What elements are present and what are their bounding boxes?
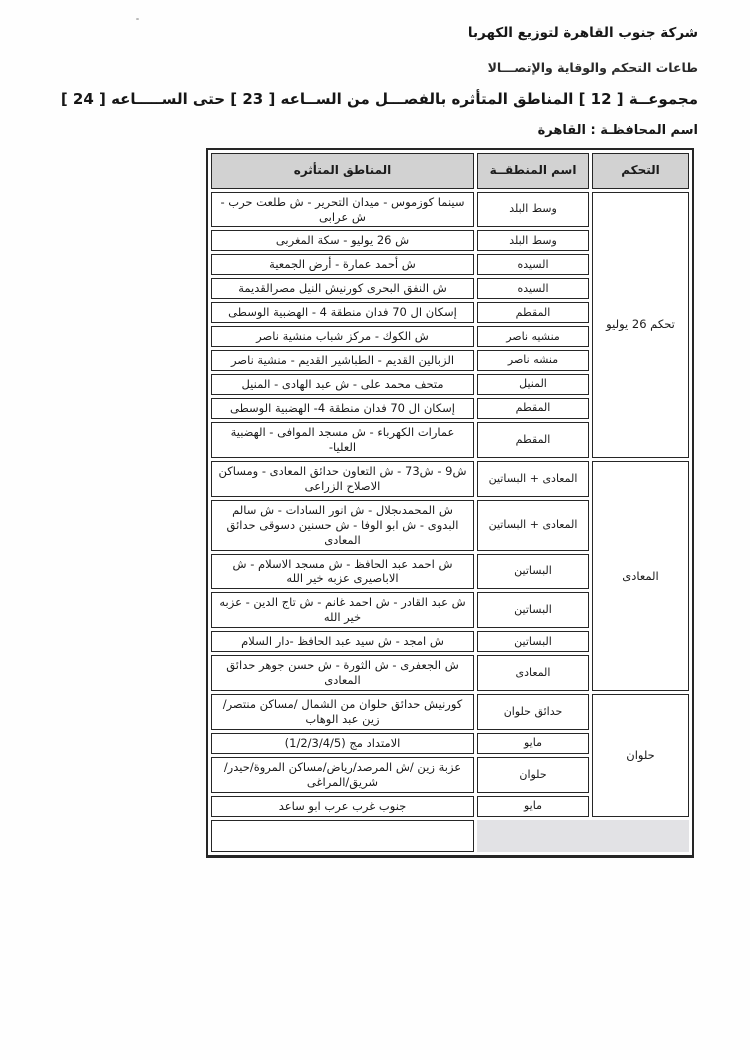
area-cell: البساتين [477,592,589,628]
affected-cell: إسكان ال 70 فدان منطقة 4 - الهضبية الوسط… [211,302,474,323]
control-group-cell: حلوان [592,694,689,817]
affected-cell: ش 26 يوليو - سكة المغربى [211,230,474,251]
area-cell: المعادى [477,655,589,691]
affected-cell: متحف محمد على - ش عبد الهادى - المنيل [211,374,474,395]
area-cell: المعادى + البساتين [477,500,589,551]
empty-row [211,820,689,852]
affected-cell: ش أحمد عمارة - أرض الجمعية [211,254,474,275]
area-cell: المقطم [477,302,589,323]
affected-cell: ش الكوك - مركز شباب منشية ناصر [211,326,474,347]
area-cell: المقطم [477,398,589,419]
control-group-cell: المعادى [592,461,689,691]
table-row: تحكم 26 يوليووسط البلدسينما كوزموس - ميد… [211,192,689,228]
affected-cell: ش عبد القادر - ش احمد غانم - ش تاج الدين… [211,592,474,628]
company-name: شركة جنوب القاهرة لتوزيع الكهربا [468,25,698,41]
table-body: تحكم 26 يوليووسط البلدسينما كوزموس - ميد… [211,192,689,852]
area-cell: وسط البلد [477,230,589,251]
table-header-area: اسم المنطقــة [477,153,589,189]
area-cell: منشه ناصر [477,350,589,371]
affected-cell: عمارات الكهرباء - ش مسجد الموافى - الهضب… [211,422,474,458]
area-cell: البساتين [477,631,589,652]
area-cell: مايو [477,733,589,754]
affected-cell: ش المحمدىجلال - ش انور السادات - ش سالم … [211,500,474,551]
affected-cell: جنوب غرب عرب ابو ساعد [211,796,474,817]
affected-cell: كورنيش حدائق حلوان من الشمال /مساكن منتص… [211,694,474,730]
area-cell: السيده [477,254,589,275]
area-cell: البساتين [477,554,589,590]
affected-cell: ش امجد - ش سيد عبد الحافظ -دار السلام [211,631,474,652]
affected-cell: ش النفق البحرى كورنيش النيل مصرالقديمة [211,278,474,299]
area-cell: السيده [477,278,589,299]
sector-name: طاعات التحكم والوقاية والإتصـــالا [488,60,698,75]
area-cell: حدائق حلوان [477,694,589,730]
affected-areas-table: التحكم اسم المنطقــة المناطق المتأثره تح… [206,148,694,858]
affected-cell: عزبة زين /ش المرصد/رياض/مساكن المروة/حيد… [211,757,474,793]
affected-cell: ش الجعفرى - ش الثورة - ش حسن جوهر حدائق … [211,655,474,691]
control-group-cell: تحكم 26 يوليو [592,192,689,458]
affected-cell: ش9 - ش73 - ش التعاون حدائق المعادى - ومس… [211,461,474,497]
scanned-document-page: شركة جنوب القاهرة لتوزيع الكهربا طاعات ا… [0,0,750,1060]
area-cell: المقطم [477,422,589,458]
table-row: المعادىالمعادى + البساتينش9 - ش73 - ش ال… [211,461,689,497]
gray-placeholder-cell [477,820,689,852]
table-header-control: التحكم [592,153,689,189]
area-cell: المعادى + البساتين [477,461,589,497]
governorate-name: اسم المحافظـة : القاهرة [538,123,698,138]
empty-affected-cell [211,820,474,852]
scan-artifact [136,18,139,20]
area-cell: المنيل [477,374,589,395]
table-header-affected: المناطق المتأثره [211,153,474,189]
group-title: مجموعــة [ 12 ] المناطق المتأثره بالفصــ… [61,90,698,108]
area-cell: مايو [477,796,589,817]
affected-cell: إسكان ال 70 فدان منطقة 4- الهضبية الوسطى [211,398,474,419]
affected-cell: ش احمد عبد الحافظ - ش مسجد الاسلام - ش ا… [211,554,474,590]
table-header-row: التحكم اسم المنطقــة المناطق المتأثره [211,153,689,189]
affected-cell: الامتداد مج (1/2/3/4/5) [211,733,474,754]
area-cell: حلوان [477,757,589,793]
table-row: حلوانحدائق حلوانكورنيش حدائق حلوان من ال… [211,694,689,730]
area-cell: منشيه ناصر [477,326,589,347]
area-cell: وسط البلد [477,192,589,228]
affected-cell: الزبالين القديم - الطباشير القديم - منشي… [211,350,474,371]
affected-cell: سينما كوزموس - ميدان التحرير - ش طلعت حر… [211,192,474,228]
